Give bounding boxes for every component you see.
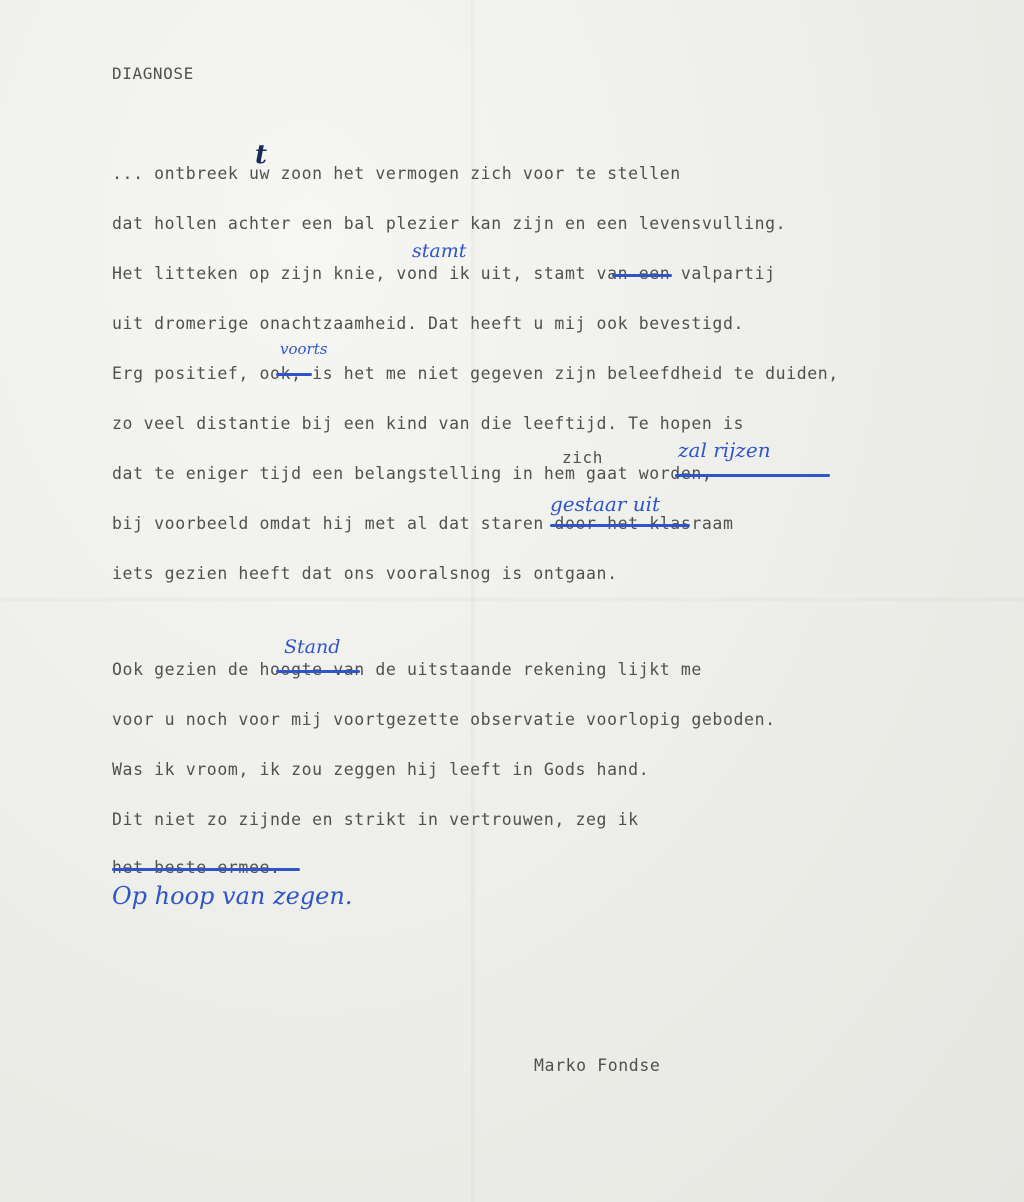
typed-line-9: iets gezien heeft dat ons vooralsnog is … bbox=[112, 564, 618, 583]
typed-line-1: ... ontbreek uw zoon het vermogen zich v… bbox=[112, 164, 681, 183]
typed-line-10: Ook gezien de hoogte van de uitstaande r… bbox=[112, 660, 702, 679]
strike-het-beste-ermee bbox=[112, 868, 300, 871]
annotation-zich: zich bbox=[562, 448, 603, 467]
letter-page: DIAGNOSE ... ontbreek uw zoon het vermog… bbox=[0, 0, 1024, 1202]
strike-ook bbox=[276, 373, 312, 376]
annotation-t: t bbox=[255, 140, 267, 170]
signature: Marko Fondse bbox=[534, 1056, 660, 1075]
typed-line-12: Was ik vroom, ik zou zeggen hij leeft in… bbox=[112, 760, 649, 779]
annotation-gestaar-uit: gestaar uit bbox=[550, 492, 660, 516]
strike-stamt bbox=[612, 274, 672, 277]
typed-line-7: dat te eniger tijd een belangstelling in… bbox=[112, 464, 712, 483]
document-title: DIAGNOSE bbox=[112, 64, 194, 83]
typed-line-13: Dit niet zo zijnde en strikt in vertrouw… bbox=[112, 810, 639, 829]
typed-line-3: Het litteken op zijn knie, vond ik uit, … bbox=[112, 264, 776, 283]
strike-gaat-worden bbox=[675, 474, 830, 477]
strike-hoogte bbox=[276, 670, 360, 673]
typed-line-11: voor u noch voor mij voortgezette observ… bbox=[112, 710, 776, 729]
annotation-stand: Stand bbox=[284, 636, 340, 658]
annotation-voorts: voorts bbox=[280, 340, 327, 358]
annotation-closing: Op hoop van zegen. bbox=[112, 882, 352, 910]
typed-line-5: Erg positief, ook, is het me niet gegeve… bbox=[112, 364, 839, 383]
strike-staren-door bbox=[550, 524, 690, 527]
typed-line-6: zo veel distantie bij een kind van die l… bbox=[112, 414, 744, 433]
annotation-zal-rijzen: zal rijzen bbox=[678, 438, 771, 462]
annotation-stamt: stamt bbox=[412, 240, 466, 262]
typed-line-2: dat hollen achter een bal plezier kan zi… bbox=[112, 214, 786, 233]
typed-line-4: uit dromerige onachtzaamheid. Dat heeft … bbox=[112, 314, 744, 333]
